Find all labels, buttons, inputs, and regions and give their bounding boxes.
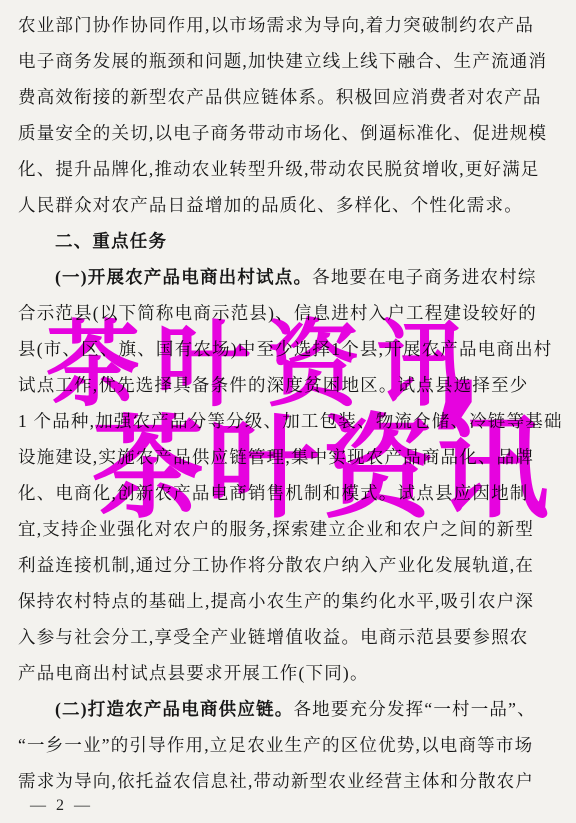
line-text: 利益连接机制,通过分工协作将分散农户纳入产业化发展轨道,在	[18, 555, 534, 575]
body-line: 试点工作,优先选择具备条件的深度贫困地区。试点县选择至少	[18, 367, 570, 403]
line-bold-text: 二、重点任务	[55, 231, 167, 251]
body-line: 人民群众对农产品日益增加的品质化、多样化、个性化需求。	[18, 187, 570, 223]
line-text: 入参与社会分工,享受全产业链增值收益。电商示范县要参照农	[18, 627, 528, 647]
body-line: 化、电商化,创新农产品电商销售机制和模式。试点县应因地制	[18, 475, 570, 511]
line-bold-text: (一)开展农产品电商出村试点。	[55, 267, 312, 287]
line-text: 费高效衔接的新型农产品供应链体系。积极回应消费者对农产品	[18, 87, 542, 107]
line-text: 化、提升品牌化,推动农业转型升级,带动农民脱贫增收,更好满足	[18, 159, 540, 179]
line-text: 质量安全的关切,以电子商务带动市场化、倒逼标准化、促进规模	[18, 123, 547, 143]
body-line: 需求为导向,依托益农信息社,带动新型农业经营主体和分散农户	[18, 763, 570, 799]
line-text: 化、电商化,创新农产品电商销售机制和模式。试点县应因地制	[18, 483, 528, 503]
line-bold-text: (二)打造农产品电商供应链。	[55, 699, 293, 719]
body-line: 县(市、区、旗、国有农场)中至少选择1个县,开展农产品电商出村	[18, 331, 570, 367]
body-line: 化、提升品牌化,推动农业转型升级,带动农民脱贫增收,更好满足	[18, 151, 570, 187]
line-text: 人民群众对农产品日益增加的品质化、多样化、个性化需求。	[18, 195, 523, 215]
line-text: 1 个品种,加强农产品分等分级、加工包装、物流仓储、冷链等基础	[18, 411, 563, 431]
body-line: 利益连接机制,通过分工协作将分散农户纳入产业化发展轨道,在	[18, 547, 570, 583]
line-text: 产品电商出村试点县要求开展工作(下同)。	[18, 663, 369, 683]
line-text: 合示范县(以下简称电商示范县)、信息进村入户工程建设较好的	[18, 303, 537, 323]
body-line: 设施建设,实施农产品供应链管理,集中实现农产品商品化、品牌	[18, 439, 570, 475]
body-line: 电子商务发展的瓶颈和问题,加快建立线上线下融合、生产流通消	[18, 43, 570, 79]
paragraph-start-line: (一)开展农产品电商出村试点。各地要在电子商务进农村综	[18, 259, 570, 295]
section-heading: 二、重点任务	[18, 223, 570, 259]
body-line: 保持农村特点的基础上,提高小农生产的集约化水平,吸引农户深	[18, 583, 570, 619]
line-text: 需求为导向,依托益农信息社,带动新型农业经营主体和分散农户	[18, 771, 534, 791]
line-text: 宜,支持企业强化对农户的服务,探索建立企业和农户之间的新型	[18, 519, 534, 539]
body-line: 费高效衔接的新型农产品供应链体系。积极回应消费者对农产品	[18, 79, 570, 115]
body-text: 农业部门协作协同作用,以市场需求为导向,着力突破制约农产品 电子商务发展的瓶颈和…	[18, 7, 570, 799]
body-line: 合示范县(以下简称电商示范县)、信息进村入户工程建设较好的	[18, 295, 570, 331]
line-text: 保持农村特点的基础上,提高小农生产的集约化水平,吸引农户深	[18, 591, 534, 611]
body-line: 质量安全的关切,以电子商务带动市场化、倒逼标准化、促进规模	[18, 115, 570, 151]
body-line: “一乡一业”的引导作用,立足农业生产的区位优势,以电商等市场	[18, 727, 570, 763]
body-line: 宜,支持企业强化对农户的服务,探索建立企业和农户之间的新型	[18, 511, 570, 547]
line-text: 各地要充分发挥“一村一品”、	[293, 699, 535, 719]
document-page: 农业部门协作协同作用,以市场需求为导向,着力突破制约农产品 电子商务发展的瓶颈和…	[0, 0, 576, 823]
line-text: 各地要在电子商务进农村综	[312, 267, 536, 287]
line-text: 电子商务发展的瓶颈和问题,加快建立线上线下融合、生产流通消	[18, 51, 547, 71]
line-text: “一乡一业”的引导作用,立足农业生产的区位优势,以电商等市场	[18, 735, 533, 755]
paragraph-start-line: (二)打造农产品电商供应链。各地要充分发挥“一村一品”、	[18, 691, 570, 727]
line-text: 县(市、区、旗、国有农场)中至少选择1个县,开展农产品电商出村	[18, 339, 552, 359]
body-line: 农业部门协作协同作用,以市场需求为导向,着力突破制约农产品	[18, 7, 570, 43]
body-line: 1 个品种,加强农产品分等分级、加工包装、物流仓储、冷链等基础	[18, 403, 570, 439]
line-text: 农业部门协作协同作用,以市场需求为导向,着力突破制约农产品	[18, 15, 534, 35]
body-line: 入参与社会分工,享受全产业链增值收益。电商示范县要参照农	[18, 619, 570, 655]
body-line: 产品电商出村试点县要求开展工作(下同)。	[18, 655, 570, 691]
page-number: — 2 —	[30, 797, 93, 815]
line-text: 设施建设,实施农产品供应链管理,集中实现农产品商品化、品牌	[18, 447, 534, 467]
line-text: 试点工作,优先选择具备条件的深度贫困地区。试点县选择至少	[18, 375, 528, 395]
